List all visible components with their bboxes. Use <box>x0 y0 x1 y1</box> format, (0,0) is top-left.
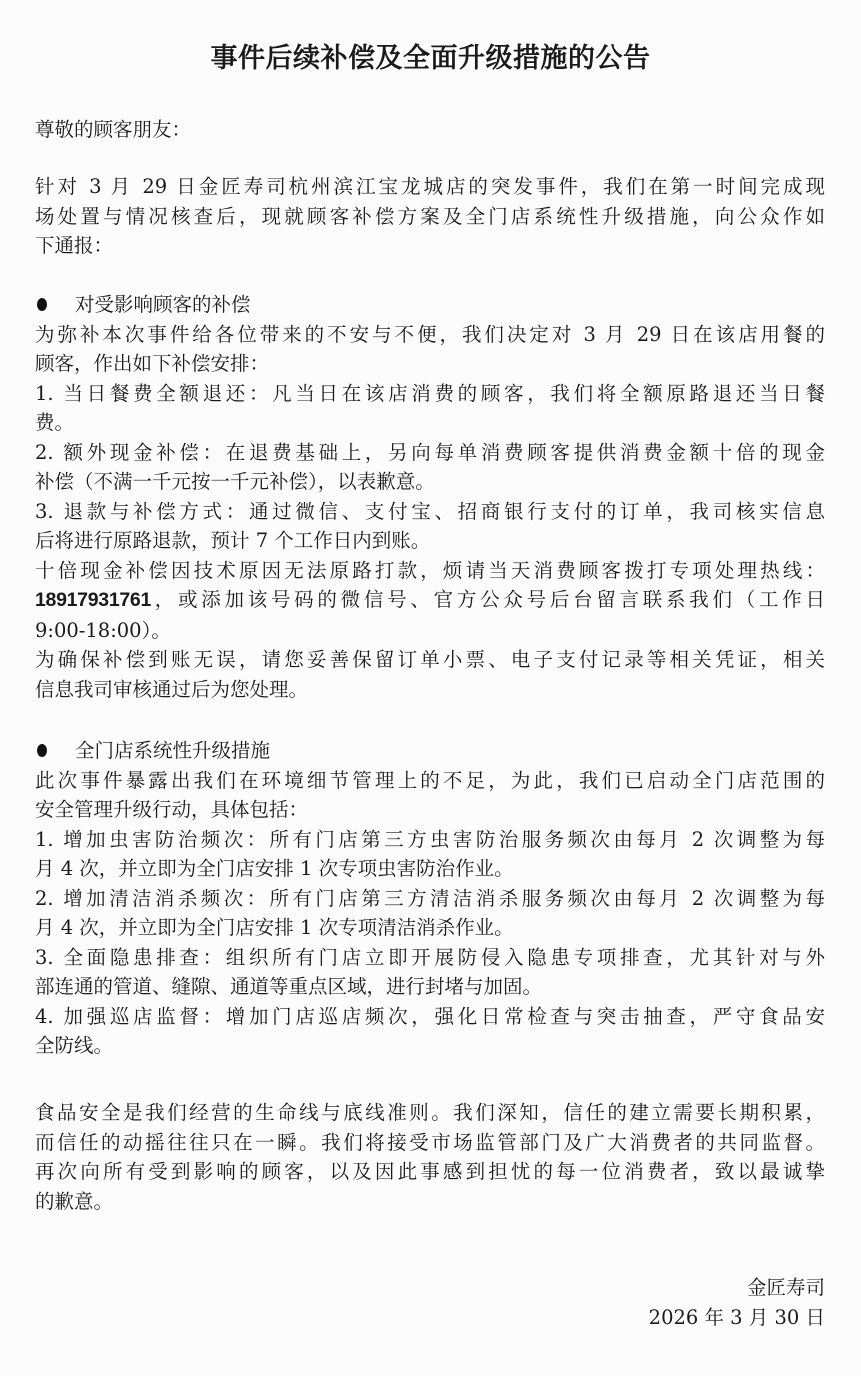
intro-line: 针对 3 月 29 日金匠寿司杭州滨江宝龙城店的突发事件，我们在第一时间完成现 <box>35 172 825 202</box>
list-item-line: 1. 增加虫害防治频次：所有门店第三方虫害防治服务频次由每月 2 次调整为每 <box>35 825 825 855</box>
signature-company: 金匠寿司 <box>649 1273 825 1303</box>
list-item-line: 全防线。 <box>35 1031 825 1061</box>
section-heading: 对受影响顾客的补偿 <box>35 290 825 320</box>
note-line: 信息我司审核通过后为您处理。 <box>35 675 825 705</box>
section-heading-text: 全门店系统性升级措施 <box>75 736 270 766</box>
bullet-icon <box>37 298 47 311</box>
list-item-line: 2. 增加清洁消杀频次：所有门店第三方清洁消杀服务频次由每月 2 次调整为每 <box>35 884 825 914</box>
closing-paragraph: 食品安全是我们经营的生命线与底线准则。我们深知，信任的建立需要长期积累， 而信任… <box>35 1098 825 1216</box>
list-item-line: 部连通的管道、缝隙、通道等重点区域，进行封堵与加固。 <box>35 972 825 1002</box>
intro-paragraph: 针对 3 月 29 日金匠寿司杭州滨江宝龙城店的突发事件，我们在第一时间完成现 … <box>35 172 825 261</box>
list-item-line: 3. 退款与补偿方式：通过微信、支付宝、招商银行支付的订单，我司核实信息 <box>35 497 825 527</box>
hotline-line: 十倍现金补偿因技术原因无法原路打款，烦请当天消费顾客拨打专项处理热线： <box>35 556 825 586</box>
section-compensation: 对受影响顾客的补偿 为弥补本次事件给各位带来的不安与不便，我们决定对 3 月 2… <box>35 290 825 704</box>
list-item-line: 4. 加强巡店监督：增加门店巡店频次，强化日常检查与突击抽查，严守食品安 <box>35 1002 825 1032</box>
closing-line: 食品安全是我们经营的生命线与底线准则。我们深知，信任的建立需要长期积累， <box>35 1098 825 1128</box>
section-intro-line: 安全管理升级行动，具体包括： <box>35 795 825 825</box>
salutation: 尊敬的顾客朋友： <box>35 115 825 145</box>
list-item-line: 月 4 次，并立即为全门店安排 1 次专项虫害防治作业。 <box>35 854 825 884</box>
section-heading: 全门店系统性升级措施 <box>35 736 825 766</box>
list-item-line: 后将进行原路退款，预计 7 个工作日内到账。 <box>35 526 825 556</box>
hotline-hours: 9:00-18:00）。 <box>35 616 825 646</box>
section-intro-line: 此次事件暴露出我们在环境细节管理上的不足，为此，我们已启动全门店范围的 <box>35 766 825 796</box>
section-intro-line: 为弥补本次事件给各位带来的不安与不便，我们决定对 3 月 29 日在该店用餐的 <box>35 320 825 350</box>
list-item-line: 2. 额外现金补偿：在退费基础上，另向每单消费顾客提供消费金额十倍的现金 <box>35 438 825 468</box>
intro-line: 下通报： <box>35 231 825 261</box>
section-heading-text: 对受影响顾客的补偿 <box>75 290 251 320</box>
announcement-page: 事件后续补偿及全面升级措施的公告 尊敬的顾客朋友： 针对 3 月 29 日金匠寿… <box>0 0 861 1376</box>
note-line: 为确保补偿到账无误，请您妥善保留订单小票、电子支付记录等相关凭证，相关 <box>35 645 825 675</box>
closing-line: 而信任的动摇往往只在一瞬。我们将接受市场监管部门及广大消费者的共同监督。 <box>35 1128 825 1158</box>
list-item-line: 补偿（不满一千元按一千元补偿），以表歉意。 <box>35 467 825 497</box>
signature-block: 金匠寿司 2026 年 3 月 30 日 <box>649 1273 825 1333</box>
bullet-icon <box>37 744 47 757</box>
hotline-line-rest: ，或添加该号码的微信号、官方公众号后台留言联系我们（工作日 <box>151 588 825 611</box>
list-item-line: 3. 全面隐患排查：组织所有门店立即开展防侵入隐患专项排查，尤其针对与外 <box>35 943 825 973</box>
hotline-phone-number: 18917931761 <box>35 589 151 611</box>
list-item-line: 月 4 次，并立即为全门店安排 1 次专项清洁消杀作业。 <box>35 913 825 943</box>
document-title: 事件后续补偿及全面升级措施的公告 <box>0 36 861 75</box>
closing-line: 再次向所有受到影响的顾客，以及因此事感到担忧的每一位消费者，致以最诚挚 <box>35 1157 825 1187</box>
intro-line: 场处置与情况核查后，现就顾客补偿方案及全门店系统性升级措施，向公众作如 <box>35 202 825 232</box>
closing-line: 的歉意。 <box>35 1187 825 1217</box>
signature-date: 2026 年 3 月 30 日 <box>649 1303 825 1333</box>
list-item-line: 1. 当日餐费全额退还：凡当日在该店消费的顾客，我们将全额原路退还当日餐 <box>35 379 825 409</box>
section-upgrade-measures: 全门店系统性升级措施 此次事件暴露出我们在环境细节管理上的不足，为此，我们已启动… <box>35 736 825 1061</box>
hotline-line: 18917931761，或添加该号码的微信号、官方公众号后台留言联系我们（工作日 <box>35 585 825 616</box>
section-intro-line: 顾客，作出如下补偿安排： <box>35 349 825 379</box>
salutation-text: 尊敬的顾客朋友： <box>35 115 825 145</box>
list-item-line: 费。 <box>35 408 825 438</box>
